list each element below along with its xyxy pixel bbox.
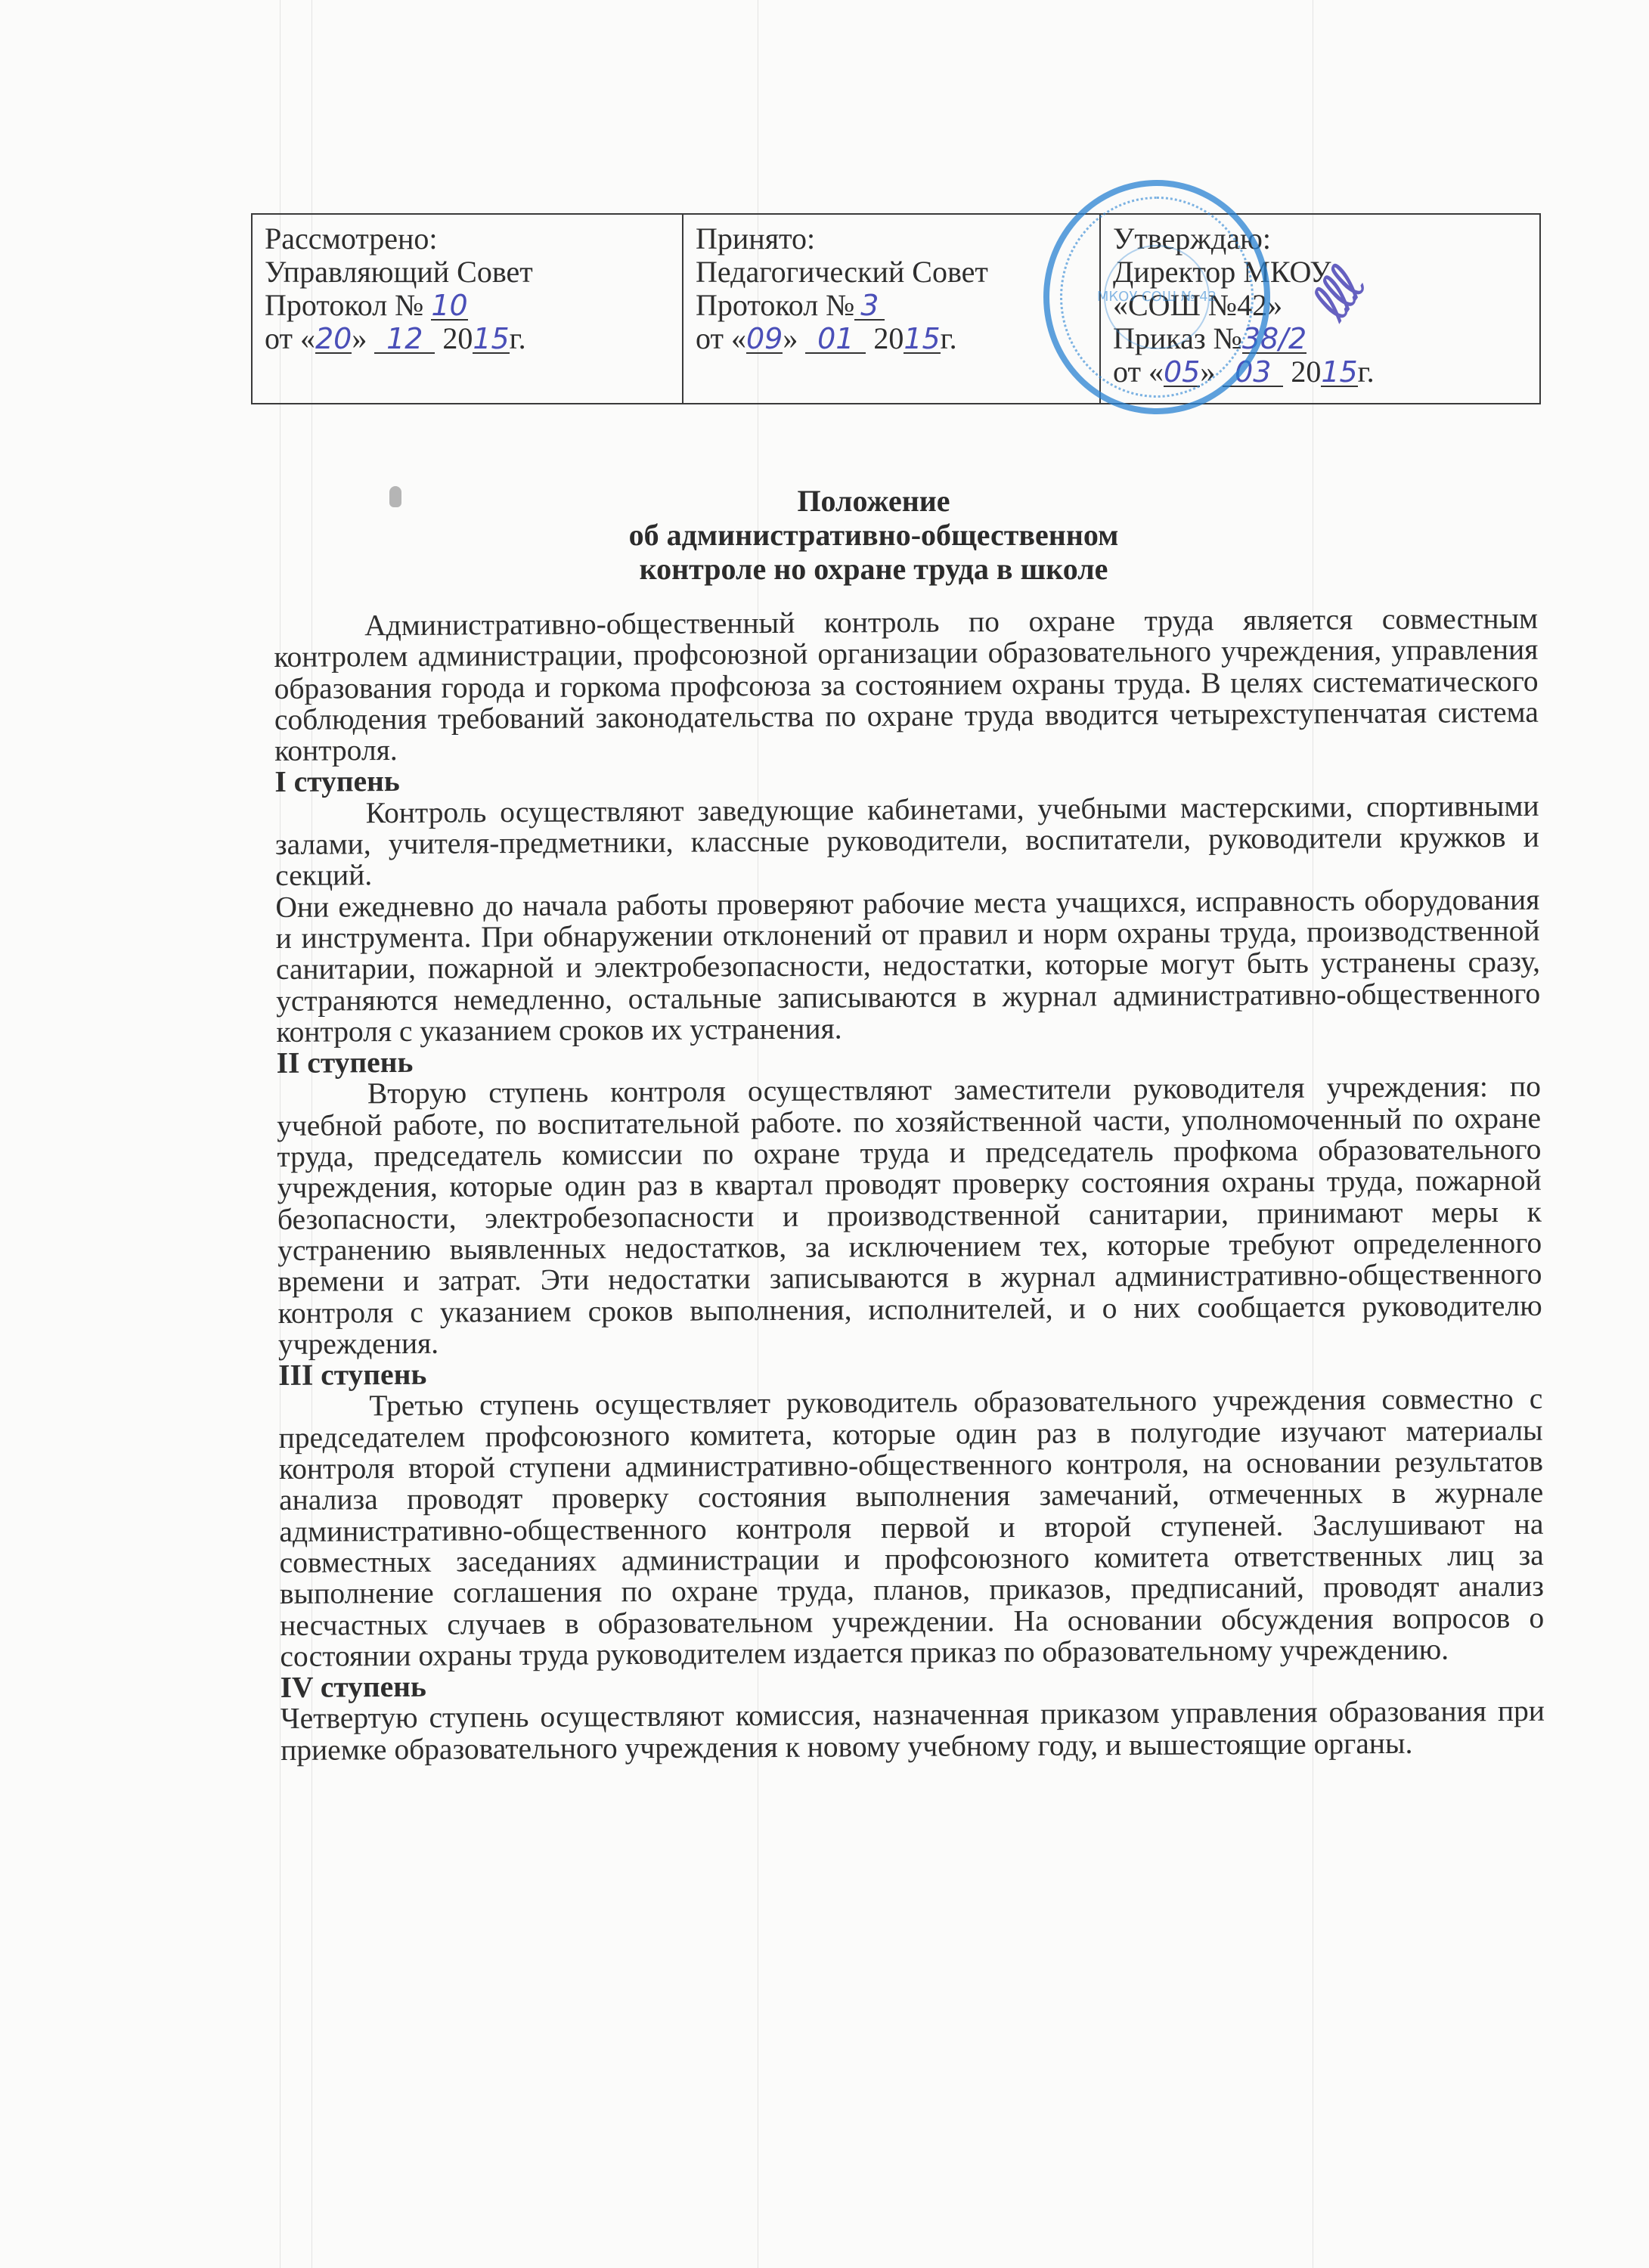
step-3-paragraph-1: Третью ступень осуществляет руководитель… <box>278 1383 1544 1672</box>
protocol-label: Протокол № <box>265 288 423 322</box>
day-handwritten: 09 <box>746 325 783 354</box>
approved-label: Утверждаю: <box>1113 222 1527 256</box>
reviewed-date: от «20» 12 2015г. <box>265 322 670 355</box>
step-1-paragraph-1: Контроль осуществляют заведующие кабинет… <box>275 791 1540 892</box>
document-body: Административно-общественный контроль по… <box>274 603 1545 1766</box>
year-prefix: 20 <box>1291 355 1321 389</box>
protocol-number-handwritten: 3 <box>854 292 885 321</box>
protocol-label: Протокол № <box>696 288 854 322</box>
year-handwritten: 15 <box>1321 358 1357 387</box>
reviewed-cell: Рассмотрено: Управляющий Совет Протокол … <box>253 215 683 403</box>
reviewed-body: Управляющий Совет <box>265 256 670 289</box>
title-line-3: контроле но охране труда в школе <box>98 552 1649 586</box>
year-prefix: 20 <box>442 321 473 355</box>
accepted-protocol: Протокол №3 <box>696 289 1087 322</box>
date-mid: » <box>1200 355 1215 389</box>
date-mid: » <box>352 321 367 355</box>
step-4-paragraph-1: Четвертую ступень осуществляют комиссия,… <box>281 1696 1545 1766</box>
day-handwritten: 05 <box>1164 358 1200 387</box>
order-number-handwritten: 38/2 <box>1242 325 1306 354</box>
month-handwritten: 12 <box>374 325 435 354</box>
title-line-2: об административно-общественном <box>98 518 1649 552</box>
document-title: Положение об административно-общественно… <box>0 484 1649 586</box>
protocol-number-handwritten: 10 <box>431 292 467 321</box>
approved-date: от «05» 03 2015г. <box>1113 355 1527 389</box>
intro-paragraph: Административно-общественный контроль по… <box>274 603 1539 767</box>
year-end: г. <box>941 321 957 355</box>
year-handwritten: 15 <box>904 325 940 354</box>
date-mid: » <box>783 321 798 355</box>
accepted-cell: Принято: Педагогический Совет Протокол №… <box>683 215 1101 403</box>
day-handwritten: 20 <box>315 325 352 354</box>
date-prefix: от « <box>696 321 746 355</box>
date-prefix: от « <box>1113 355 1164 389</box>
year-end: г. <box>1358 355 1375 389</box>
month-handwritten: 01 <box>805 325 866 354</box>
step-1-paragraph-2: Они ежедневно до начала работы проверяют… <box>275 884 1540 1048</box>
accepted-body: Педагогический Совет <box>696 256 1087 289</box>
title-line-1: Положение <box>98 484 1649 518</box>
date-prefix: от « <box>265 321 315 355</box>
approved-order: Приказ №38/2 <box>1113 322 1527 355</box>
year-end: г. <box>510 321 526 355</box>
reviewed-protocol: Протокол № 10 <box>265 289 670 322</box>
month-handwritten: 03 <box>1223 358 1283 387</box>
reviewed-label: Рассмотрено: <box>265 222 670 256</box>
year-handwritten: 15 <box>473 325 509 354</box>
order-label: Приказ № <box>1113 321 1242 355</box>
step-2-paragraph-1: Вторую ступень контроля осуществляют зам… <box>277 1071 1542 1360</box>
year-prefix: 20 <box>873 321 904 355</box>
accepted-label: Принято: <box>696 222 1087 256</box>
accepted-date: от «09» 01 2015г. <box>696 322 1087 355</box>
